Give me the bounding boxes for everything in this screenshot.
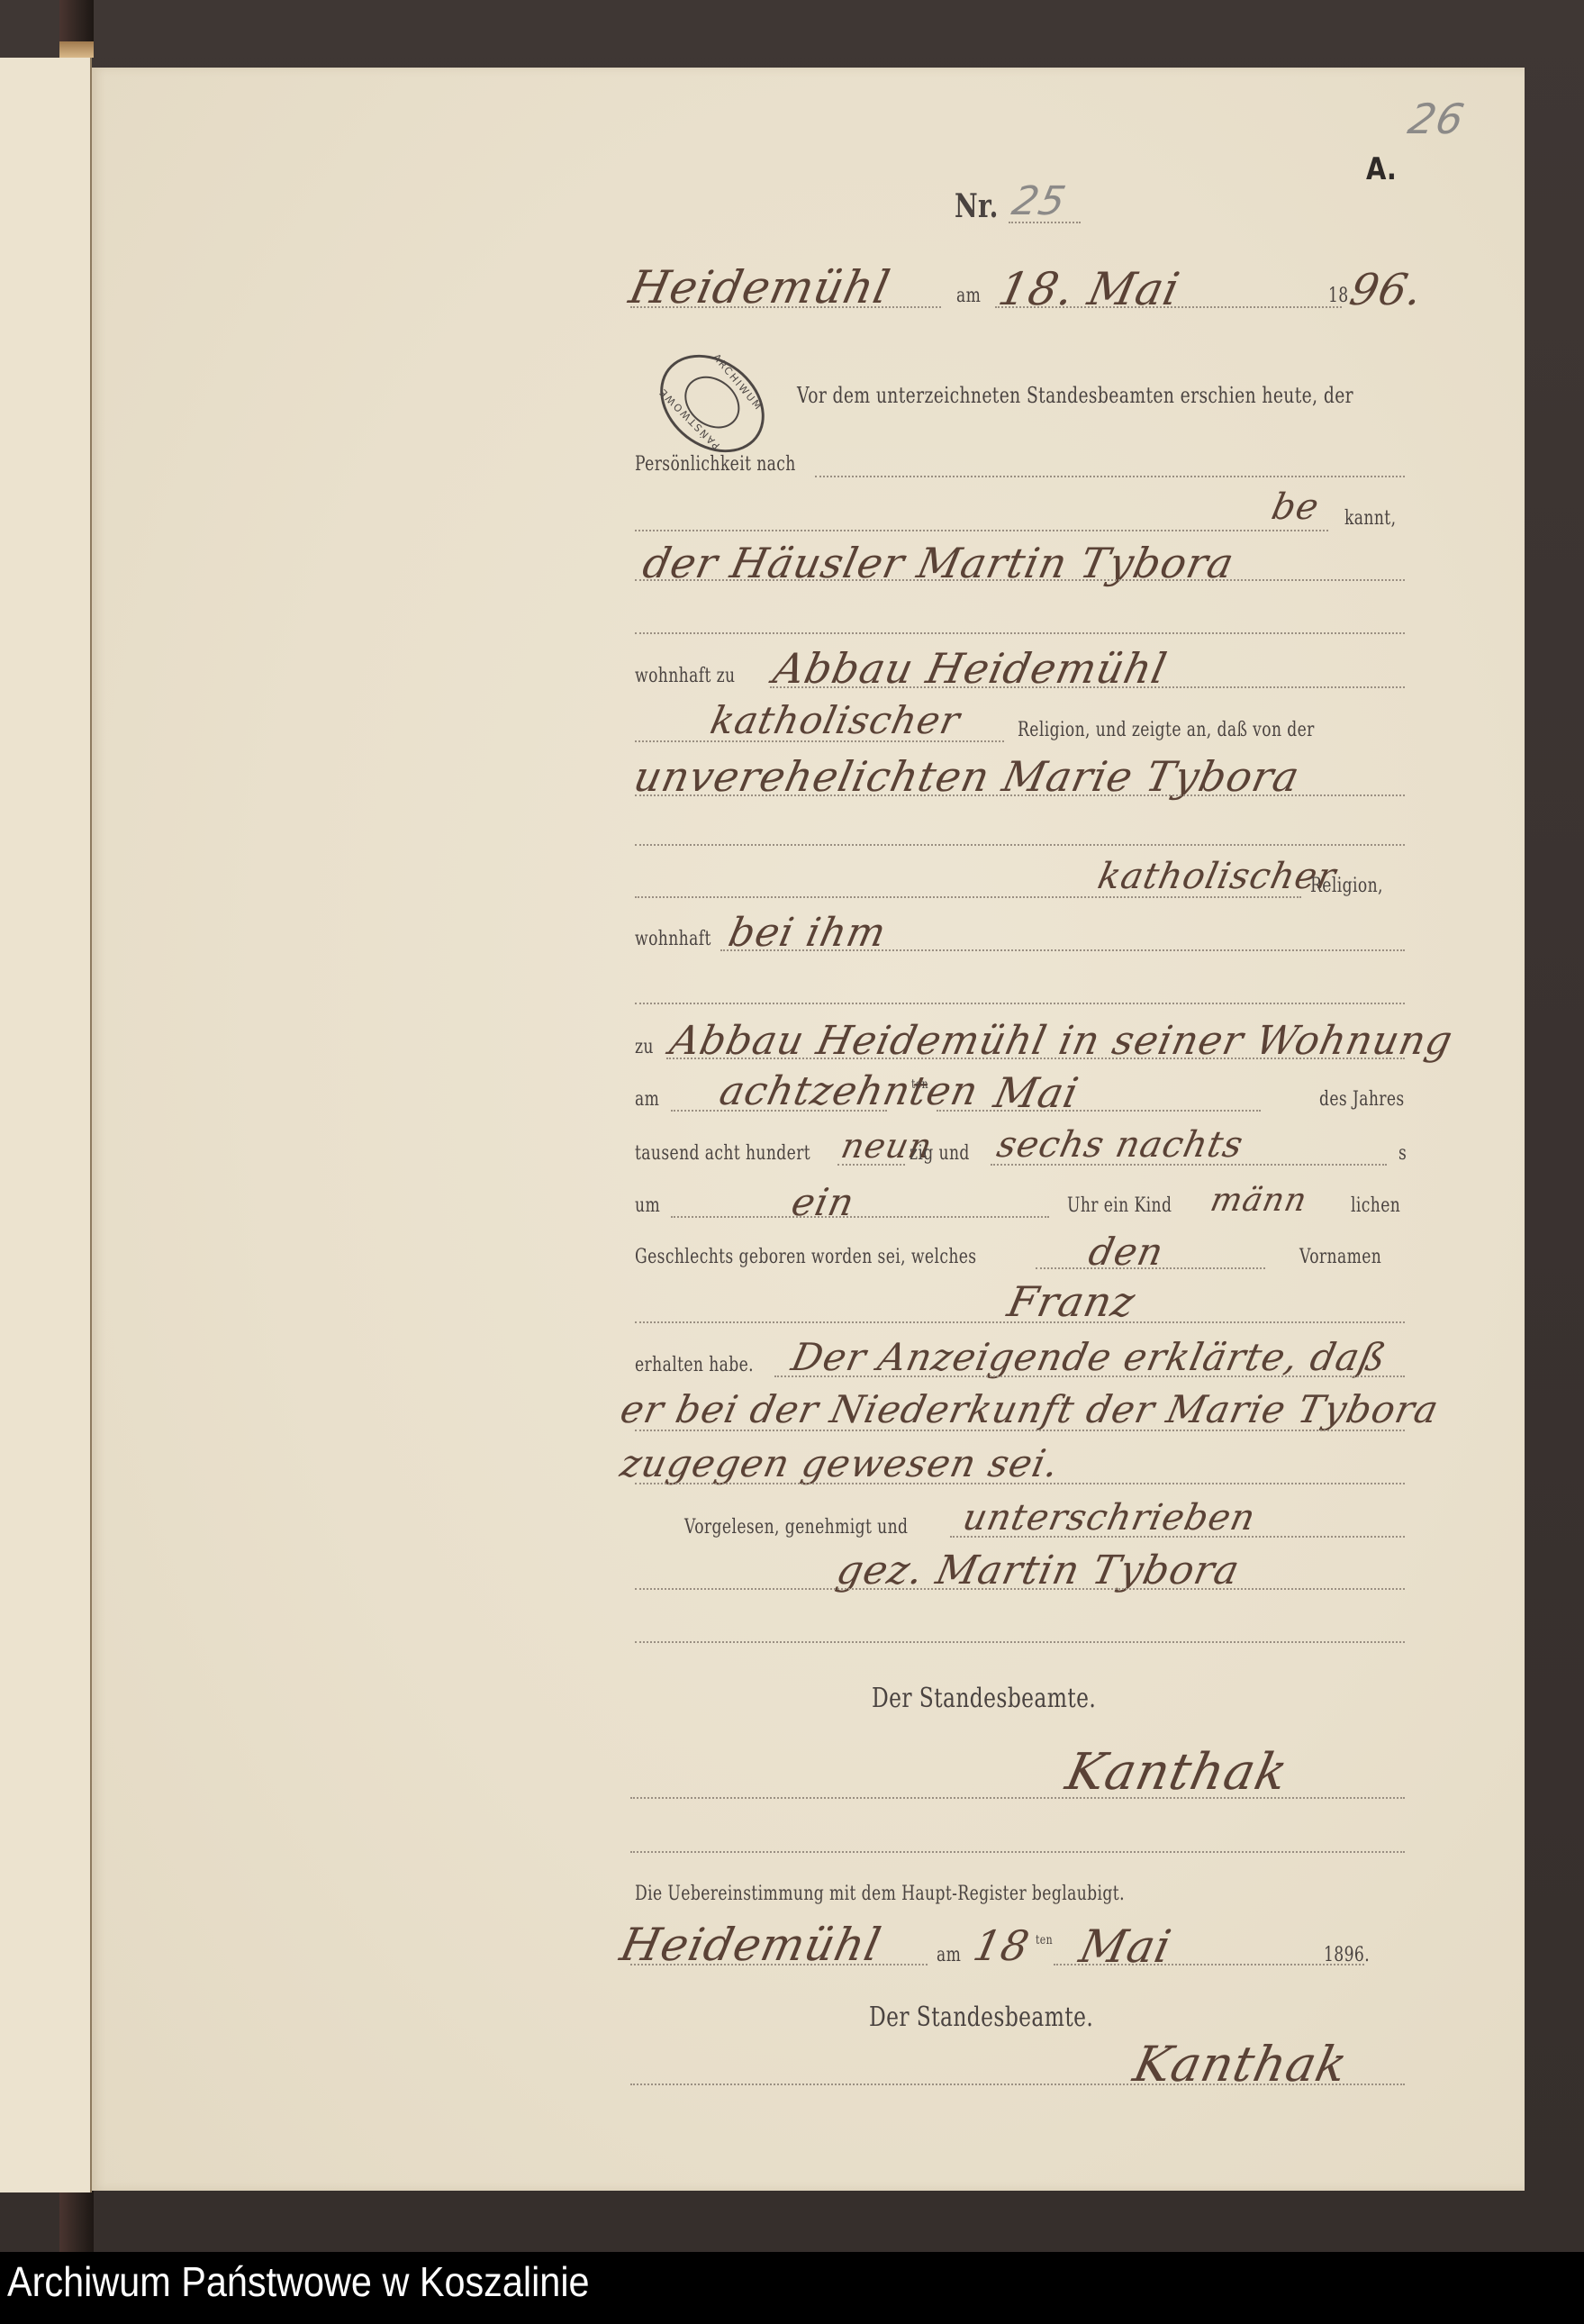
dotted-line xyxy=(991,1164,1387,1166)
religion1-text: Religion, und zeigte an, daß von der xyxy=(1018,719,1315,741)
archive-caption-bar: Archiwum Państwowe w Koszalinie xyxy=(0,2252,1584,2324)
certification-am-label: am xyxy=(937,1944,961,1966)
register-letter: A. xyxy=(1366,151,1397,187)
nr-label: Nr. xyxy=(955,187,999,225)
dotted-line xyxy=(635,632,1405,634)
sex-suffix: lichen xyxy=(1351,1194,1400,1217)
geschlechts-text: Geschlechts geboren worden sei, welches xyxy=(635,1246,977,1268)
given-name-handwritten: Franz xyxy=(1003,1277,1140,1326)
dotted-line xyxy=(720,949,1405,951)
certification-year: 1896. xyxy=(1324,1944,1370,1966)
religion2-text: Religion, xyxy=(1310,875,1383,897)
dotted-line xyxy=(630,1851,1405,1853)
dotted-line xyxy=(671,1216,1049,1218)
dotted-line xyxy=(837,1164,905,1166)
dotted-line xyxy=(815,476,1405,477)
vorgelesen-text: Vorgelesen, genehmigt und xyxy=(684,1516,908,1539)
dotted-line xyxy=(630,2083,1405,2085)
dotted-line xyxy=(630,306,941,308)
um-label: um xyxy=(635,1194,660,1217)
sex-handwritten: männ xyxy=(1208,1182,1311,1219)
intro-text: Vor dem unterzeichneten Standesbeamten e… xyxy=(797,383,1353,408)
uhr-kind-text: Uhr ein Kind xyxy=(1067,1194,1172,1217)
dotted-line xyxy=(635,844,1405,846)
certification-standesbeamte-title: Der Standesbeamte. xyxy=(869,2002,1093,2033)
dotted-line xyxy=(635,1483,1405,1484)
dotted-line xyxy=(635,579,1405,581)
birth-am-label: am xyxy=(635,1088,659,1111)
left-page-edge xyxy=(0,58,92,2192)
birth-month-handwritten: Mai xyxy=(990,1068,1083,1117)
residence-label: wohnhaft zu xyxy=(635,665,735,687)
dotted-line xyxy=(666,1058,1405,1059)
dotted-line xyxy=(937,1110,1261,1112)
dotted-line xyxy=(635,1588,1405,1590)
remark-line3-handwritten: zugegen gewesen sei. xyxy=(617,1441,1064,1485)
birthplace-label: zu xyxy=(635,1036,654,1058)
declarant-signature: gez. Martin Tybora xyxy=(833,1548,1245,1593)
folio-number: 26 xyxy=(1404,95,1469,143)
dotted-line xyxy=(1009,222,1081,223)
dotted-line xyxy=(635,1430,1405,1431)
dotted-line xyxy=(635,794,1405,796)
book-spine-top xyxy=(59,0,94,58)
identity-suffix: kannt, xyxy=(1344,507,1396,530)
ten-suffix: ten xyxy=(911,1077,928,1092)
year-s-suffix: s xyxy=(1398,1142,1407,1165)
remark-line1-handwritten: Der Anzeigende erklärte, daß xyxy=(788,1335,1390,1379)
dotted-line xyxy=(635,1321,1405,1323)
des-jahres-text: des Jahres xyxy=(1319,1088,1405,1111)
dotted-line xyxy=(950,1536,1405,1538)
dotted-line xyxy=(635,740,1004,742)
erhalten-habe-text: erhalten habe. xyxy=(635,1354,754,1376)
residence-handwritten: Abbau Heidemühl xyxy=(769,644,1172,693)
certification-month-handwritten: Mai xyxy=(1075,1920,1176,1973)
book-spine-bottom xyxy=(59,2191,94,2252)
dotted-line xyxy=(630,1797,1405,1799)
year-units-handwritten: sechs nachts xyxy=(993,1124,1247,1166)
identity-prefix-handwritten: be xyxy=(1268,486,1323,528)
religion2-handwritten: katholischer xyxy=(1094,856,1340,897)
mother-handwritten: unverehelichten Marie Tybora xyxy=(629,752,1304,801)
am-label: am xyxy=(956,285,981,307)
hour-handwritten: ein xyxy=(788,1180,859,1224)
year-prefix: 18 xyxy=(1328,285,1349,307)
mother-residence-label: wohnhaft xyxy=(635,928,711,950)
dotted-line xyxy=(770,686,1405,688)
dotted-line xyxy=(635,896,1301,898)
standesbeamte-title: Der Standesbeamte. xyxy=(872,1683,1096,1714)
zig-und-text: zig und xyxy=(910,1142,970,1165)
birth-day-handwritten: achtzehnten xyxy=(716,1068,983,1114)
dotted-line xyxy=(635,1641,1405,1643)
vornamen-text: Vornamen xyxy=(1299,1246,1381,1268)
dotted-line xyxy=(635,1003,1405,1004)
dotted-line xyxy=(995,306,1342,308)
dotted-line xyxy=(635,530,1328,531)
nr-value: 25 xyxy=(1009,178,1071,224)
year-text-prefix: tausend acht hundert xyxy=(635,1142,810,1165)
year-suffix-handwritten: 96. xyxy=(1345,265,1427,315)
certification-day-handwritten: 18 xyxy=(969,1921,1034,1970)
dotted-line xyxy=(774,1375,1405,1377)
den-handwritten: den xyxy=(1085,1230,1168,1274)
certification-text: Die Uebereinstimmung mit dem Haupt-Regis… xyxy=(635,1883,1125,1905)
archive-caption: Archiwum Państwowe w Koszalinie xyxy=(7,2257,590,2306)
identity-label: Persönlichkeit nach xyxy=(635,453,796,476)
official-signature: Kanthak xyxy=(1061,1743,1293,1802)
remark-line2-handwritten: er bei der Niederkunft der Marie Tybora xyxy=(617,1387,1444,1431)
religion1-handwritten: katholischer xyxy=(707,698,964,742)
unterschrieben-handwritten: unterschrieben xyxy=(959,1497,1259,1539)
dotted-line xyxy=(630,1964,928,1965)
certification-ten-suffix: ten xyxy=(1036,1933,1053,1947)
